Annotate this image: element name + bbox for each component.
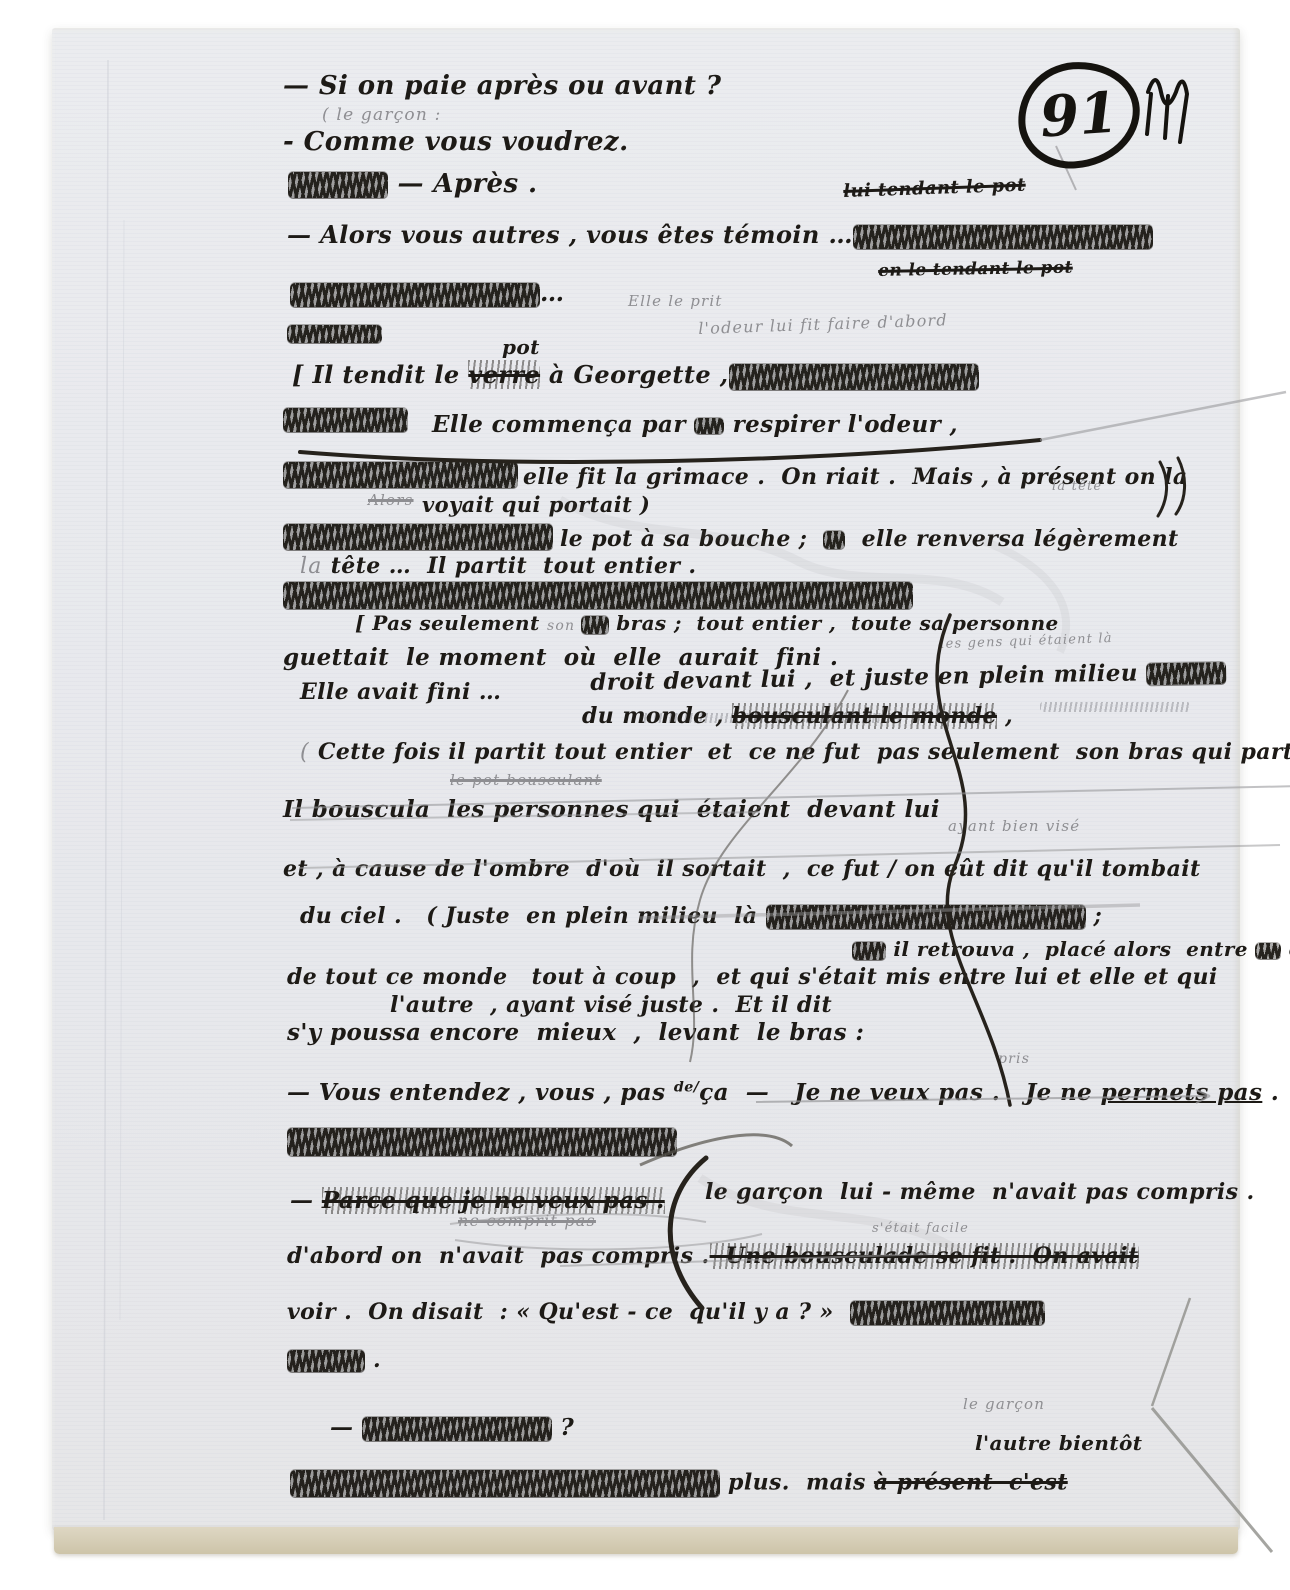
manuscript-line: [ Il tendit le verre à Georgette , bbox=[292, 362, 979, 390]
ink-text: ; bbox=[1086, 903, 1103, 929]
ink-text: Elle commença par bbox=[432, 411, 694, 438]
pencil-annotation: ne comprit pas bbox=[458, 1211, 596, 1230]
ink-text: Cette fois il partit tout entier et ce n… bbox=[318, 739, 1290, 765]
manuscript-line: et , à cause de l'ombre d'où il sortait … bbox=[283, 857, 1201, 882]
ink-text: et , à cause de l'ombre d'où il sortait … bbox=[283, 856, 1201, 882]
ink-text: du ciel . ( Juste en plein milieu là bbox=[300, 903, 766, 929]
ink-text: tête … Il partit tout entier . bbox=[331, 553, 697, 579]
ink-text: à Georgette , bbox=[540, 360, 728, 389]
ink-text: voyait qui portait ) bbox=[422, 492, 650, 517]
page-number: 91 bbox=[1038, 79, 1120, 150]
ink-text: permets pas bbox=[1101, 1079, 1263, 1106]
manuscript-line: pot bbox=[502, 336, 540, 358]
manuscript-line: … bbox=[290, 280, 564, 307]
manuscript-line: l'autre bientôt bbox=[975, 1432, 1142, 1454]
manuscript-lines: — Si on paie après ou avant ?( le garçon… bbox=[0, 0, 1290, 1590]
ink-text: d'abord on n'avait pas compris . bbox=[287, 1243, 710, 1269]
ink-text: ça — Je ne veux pas . Je ne bbox=[699, 1079, 1100, 1106]
ink-scribble bbox=[283, 582, 913, 609]
ink-text: s'y poussa encore mieux , levant le bras… bbox=[287, 1019, 864, 1046]
manuscript-line: voir . On disait : « Qu'est - ce qu'il y… bbox=[287, 1300, 1045, 1325]
manuscript-line: s'était facile bbox=[872, 1222, 969, 1236]
pencil-scribble bbox=[1040, 702, 1190, 712]
manuscript-line: d'abord on n'avait pas compris . Une bou… bbox=[287, 1244, 1139, 1269]
ink-scribble bbox=[290, 1470, 720, 1497]
pencil-annotation: ( le garçon : bbox=[322, 105, 442, 125]
manuscript-line bbox=[283, 462, 518, 488]
manuscript-line: le pot à sa bouche ; elle renversa légèr… bbox=[560, 527, 1179, 552]
manuscript-line: plus. mais à présent c'est bbox=[290, 1470, 1068, 1497]
manuscript-line: - Comme vous voudrez. bbox=[283, 128, 629, 157]
manuscript-line: le pot bousculant bbox=[450, 772, 602, 789]
pencil-annotation: s'était facile bbox=[872, 1221, 969, 1236]
ink-text: - Comme vous voudrez. bbox=[283, 127, 629, 157]
manuscript-line: ( Cette fois il partit tout entier et ce… bbox=[300, 740, 1290, 765]
pencil-annotation: la tête bbox=[1052, 479, 1102, 494]
ink-scribble bbox=[287, 1350, 365, 1372]
manuscript-line: de tout ce monde tout à coup , et qui s'… bbox=[287, 965, 1218, 990]
ink-scribble bbox=[853, 225, 1153, 249]
manuscript-line: du monde , bousculant le monde , bbox=[582, 704, 1013, 729]
manuscript-line: s'y poussa encore mieux , levant le bras… bbox=[287, 1020, 864, 1046]
manuscript-line: Elle commença par respirer l'odeur , bbox=[432, 412, 958, 438]
ink-scribble bbox=[850, 1301, 1045, 1325]
ink-text: bousculant le monde bbox=[732, 703, 997, 729]
manuscript-line: ayant bien visé bbox=[948, 818, 1080, 835]
ink-text: Une bousculade se fit . On avait bbox=[710, 1243, 1139, 1269]
ink-text: — Si on paie après ou avant ? bbox=[283, 71, 721, 101]
manuscript-line: Elle avait fini … bbox=[300, 680, 501, 705]
ink-scribble bbox=[1255, 943, 1281, 959]
pencil-annotation: l'odeur lui fit faire d'abord bbox=[698, 310, 948, 338]
pencil-annotation: Elle le prit bbox=[628, 292, 723, 310]
ink-scribble bbox=[823, 531, 845, 549]
ink-scribble bbox=[852, 942, 886, 960]
ink-text: bras ; tout entier , toute sa personne bbox=[609, 611, 1059, 635]
manuscript-line: [ Pas seulement son bras ; tout entier ,… bbox=[355, 612, 1059, 634]
ink-text: elle et bbox=[1281, 937, 1290, 961]
manuscript-line: Alors bbox=[368, 492, 414, 509]
manuscript-line: pris bbox=[998, 1052, 1030, 1067]
ink-text: — bbox=[330, 1414, 362, 1441]
ink-text: le garçon lui - même n'avait pas compris… bbox=[705, 1179, 1255, 1205]
pencil-annotation: le garçon bbox=[963, 1395, 1045, 1413]
manuscript-line: Elle le prit bbox=[628, 293, 723, 310]
ink-scribble bbox=[581, 616, 609, 634]
pencil-annotation: ( bbox=[300, 740, 318, 765]
ink-text: , bbox=[997, 703, 1013, 729]
ink-text: . bbox=[1262, 1079, 1279, 1106]
manuscript-line: la tête … Il partit tout entier . bbox=[300, 554, 696, 579]
ink-text: voir . On disait : « Qu'est - ce qu'il y… bbox=[287, 1299, 850, 1325]
ink-scribble bbox=[729, 364, 979, 390]
manuscript-line: — Vous entendez , vous , pas de/ça — Je … bbox=[287, 1080, 1279, 1106]
ink-text: ? bbox=[552, 1414, 574, 1441]
ink-text: [ Il tendit le bbox=[292, 360, 468, 389]
manuscript-line: les gens qui étaient là bbox=[940, 632, 1113, 652]
ink-text: du monde , bbox=[582, 703, 732, 729]
ink-text: en le tendant le pot bbox=[878, 258, 1073, 281]
manuscript-line: voyait qui portait ) bbox=[422, 493, 650, 517]
manuscript-line bbox=[283, 582, 913, 609]
ink-text: l'autre , ayant visé juste . Et il dit bbox=[390, 992, 832, 1018]
ink-text: — bbox=[290, 1187, 322, 1214]
ink-text: . bbox=[365, 1347, 381, 1373]
manuscript-line: en le tendant le pot bbox=[878, 259, 1073, 281]
manuscript-scan: { "page": { "number": "91", "medium_lege… bbox=[0, 0, 1290, 1590]
ink-text: l'autre bientôt bbox=[975, 1431, 1142, 1455]
ink-text: Il bouscula les personnes qui étaient de… bbox=[283, 796, 940, 823]
manuscript-line: . bbox=[287, 1348, 381, 1373]
ink-text: Parce que je ne veux pas . bbox=[322, 1187, 665, 1214]
manuscript-line: ne comprit pas bbox=[458, 1212, 596, 1230]
pencil-annotation: son bbox=[547, 618, 581, 634]
ink-text: lui tendant le pot bbox=[843, 175, 1026, 202]
manuscript-line: il retrouva , placé alors entre elle et bbox=[852, 938, 1290, 960]
ink-text: verre bbox=[468, 360, 540, 389]
ink-scribble bbox=[362, 1417, 552, 1441]
ink-text: respirer l'odeur , bbox=[724, 411, 958, 438]
ink-text: de/ bbox=[674, 1079, 699, 1095]
ink-text: — Après . bbox=[388, 169, 537, 199]
ink-text: il retrouva , placé alors entre bbox=[886, 937, 1255, 961]
ink-text: pot bbox=[502, 335, 540, 359]
ink-text: le pot à sa bouche ; bbox=[560, 526, 823, 552]
ink-scribble bbox=[290, 283, 540, 307]
ink-scribble bbox=[694, 418, 724, 434]
ink-text: [ Pas seulement bbox=[355, 611, 547, 635]
manuscript-line: Il bouscula les personnes qui étaient de… bbox=[283, 797, 940, 823]
ink-scribble bbox=[288, 172, 388, 198]
ink-scribble bbox=[766, 905, 1086, 929]
manuscript-line: — Alors vous autres , vous êtes témoin … bbox=[287, 222, 1153, 249]
manuscript-line: lui tendant le pot bbox=[843, 176, 1026, 202]
pencil-annotation: le pot bousculant bbox=[450, 771, 602, 789]
ink-text: … bbox=[540, 278, 564, 307]
manuscript-line bbox=[283, 524, 553, 550]
ink-text: elle renversa légèrement bbox=[845, 526, 1178, 552]
manuscript-line: l'odeur lui fit faire d'abord bbox=[698, 311, 948, 337]
manuscript-line bbox=[287, 322, 382, 346]
ink-scribble bbox=[283, 462, 518, 488]
manuscript-line: — Après . bbox=[288, 170, 537, 199]
ink-scribble bbox=[287, 325, 382, 343]
ink-text: — Vous entendez , vous , pas bbox=[287, 1079, 674, 1106]
manuscript-line bbox=[1040, 695, 1190, 719]
manuscript-line: — ? bbox=[330, 1415, 574, 1441]
manuscript-line: le garçon bbox=[963, 1396, 1045, 1413]
ink-text: à présent c'est bbox=[874, 1470, 1068, 1496]
manuscript-line: ( le garçon : bbox=[322, 106, 442, 125]
manuscript-line: la tête bbox=[1052, 480, 1102, 494]
manuscript-line bbox=[287, 1128, 677, 1156]
pencil-annotation: Alors bbox=[368, 491, 414, 509]
manuscript-line: le garçon lui - même n'avait pas compris… bbox=[705, 1180, 1255, 1205]
ink-text: de tout ce monde tout à coup , et qui s'… bbox=[287, 964, 1218, 990]
ink-text: Elle avait fini … bbox=[300, 679, 501, 705]
ink-scribble bbox=[283, 408, 408, 432]
pencil-annotation: ayant bien visé bbox=[948, 817, 1080, 835]
pencil-annotation: pris bbox=[998, 1051, 1030, 1067]
manuscript-line: — Si on paie après ou avant ? bbox=[283, 72, 721, 101]
ink-scribble bbox=[1146, 662, 1226, 685]
manuscript-line: l'autre , ayant visé juste . Et il dit bbox=[390, 993, 832, 1018]
ink-scribble bbox=[287, 1128, 677, 1156]
manuscript-line: du ciel . ( Juste en plein milieu là ; bbox=[300, 904, 1102, 929]
ink-text: — Alors vous autres , vous êtes témoin … bbox=[287, 220, 853, 249]
manuscript-line bbox=[283, 408, 408, 432]
pencil-annotation: la bbox=[300, 554, 331, 579]
ink-scribble bbox=[283, 524, 553, 550]
ink-text: plus. mais bbox=[720, 1470, 874, 1496]
